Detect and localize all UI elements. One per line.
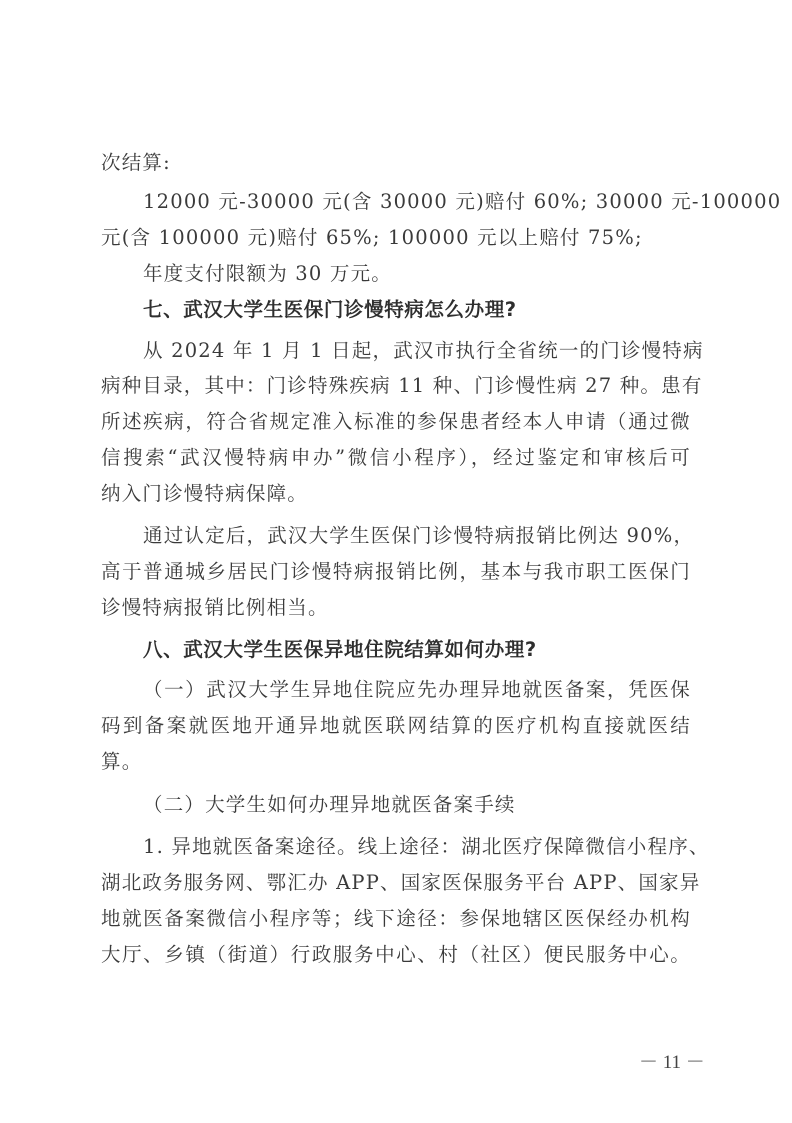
text-line: 次结算: [101,151,691,175]
text-line: 湖北政务服务网、鄂汇办 APP、国家医保服务平台 APP、国家异 [101,871,691,895]
text-line: 大厅、乡镇（街道）行政服务中心、村（社区）便民服务中心。 [101,943,691,967]
text-line: 所述疾病，符合省规定准入标准的参保患者经本人申请（通过微 [101,410,691,434]
section-heading: 七、武汉大学生医保门诊慢特病怎么办理? [101,298,691,322]
text-line: 高于普通城乡居民门诊慢特病报销比例，基本与我市职工医保门 [101,560,691,584]
text-line: 从 2024 年 1 月 1 日起，武汉市执行全省统一的门诊慢特病 [101,339,691,363]
text-line: 病种目录，其中：门诊特殊疾病 11 种、门诊慢性病 27 种。患有 [101,374,691,398]
text-line: 算。 [101,750,691,774]
text-line: 码到备案就医地开通异地就医联网结算的医疗机构直接就医结 [101,714,691,738]
text-line: 元(含 100000 元)赔付 65%; 100000 元以上赔付 75%; [101,226,691,250]
text-line: 1. 异地就医备案途径。线上途径：湖北医疗保障微信小程序、 [101,835,691,859]
text-line: 年度支付限额为 30 万元。 [101,262,691,286]
text-line: 信搜索“武汉慢特病申办”微信小程序），经过鉴定和审核后可 [101,446,691,470]
section-heading: 八、武汉大学生医保异地住院结算如何办理? [101,638,691,662]
subsection-heading: （二）大学生如何办理异地就医备案手续 [101,793,691,817]
text-line: 纳入门诊慢特病保障。 [101,482,691,506]
text-line: 通过认定后，武汉大学生医保门诊慢特病报销比例达 90%， [101,524,691,548]
text-line: 12000 元-30000 元(含 30000 元)赔付 60%; 30000 … [101,190,691,214]
text-line: 地就医备案微信小程序等；线下途径：参保地辖区医保经办机构 [101,907,691,931]
text-line: （一）武汉大学生异地住院应先办理异地就医备案，凭医保 [101,678,691,702]
page-number: － 11 － [639,1047,705,1074]
text-line: 诊慢特病报销比例相当。 [101,596,691,620]
